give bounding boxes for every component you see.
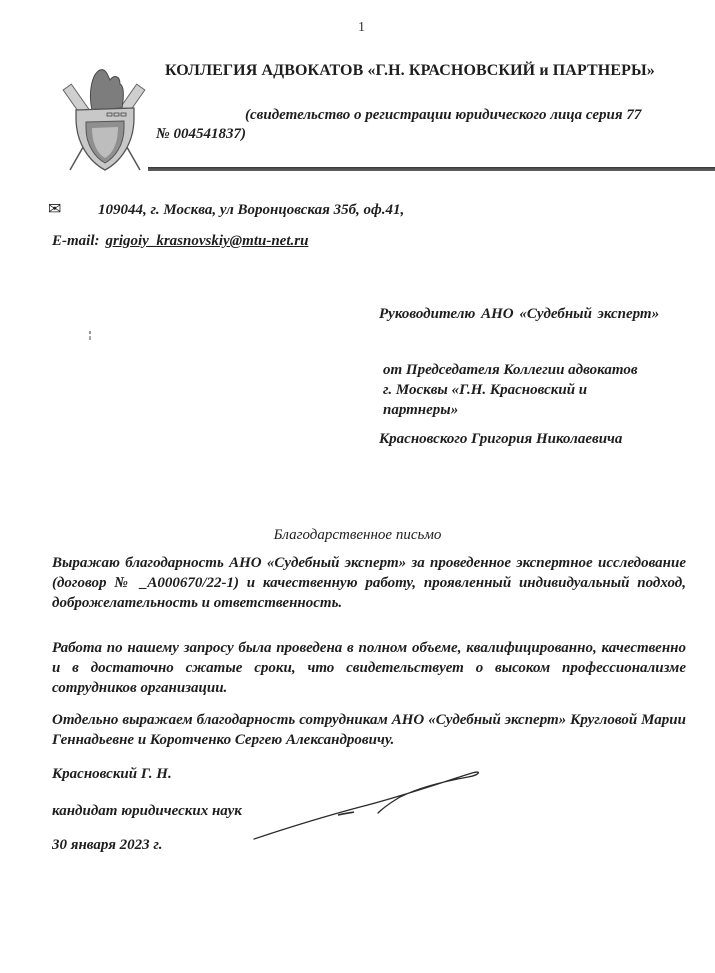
recipient: Руководителю АНО «Судебный эксперт» (379, 306, 659, 323)
letterhead-divider (148, 167, 715, 171)
email-link[interactable]: grigoiy_krasnovskiy@mtu-net.ru (106, 233, 309, 249)
page-number: 1 (358, 20, 365, 36)
registration-certificate-line-1: (свидетельство о регистрации юридическог… (245, 107, 641, 124)
sender-block: от Председателя Коллегии адвокатов г. Мо… (383, 360, 638, 420)
scan-margin-mark (89, 331, 91, 340)
postal-address: ✉109044, г. Москва, ул Воронцовская 35б,… (48, 199, 404, 219)
email-row: E-mail:grigoiy_krasnovskiy@mtu-net.ru (52, 233, 308, 250)
email-label: E-mail: (52, 233, 100, 249)
registration-certificate-line-2: № 004541837) (156, 126, 246, 143)
body-paragraph: Выражаю благодарность АНО «Судебный эксп… (52, 553, 686, 613)
sender-line: г. Москвы «Г.Н. Красновский и (383, 380, 638, 400)
handwritten-signature-icon (250, 765, 490, 845)
organization-title: КОЛЛЕГИЯ АДВОКАТОВ «Г.Н. КРАСНОВСКИЙ и П… (165, 62, 655, 80)
letter-date: 30 января 2023 г. (52, 837, 163, 854)
envelope-icon: ✉ (48, 199, 66, 219)
body-paragraph: Отдельно выражаем благодарность сотрудни… (52, 710, 686, 750)
signatory-degree: кандидат юридических наук (52, 803, 242, 820)
letter-title: Благодарственное письмо (0, 527, 715, 544)
sender-name: Красновского Григория Николаевича (379, 431, 622, 448)
sender-line: партнеры» (383, 400, 638, 420)
sender-line: от Председателя Коллегии адвокатов (383, 360, 638, 380)
shield-emblem-icon (62, 62, 148, 174)
signatory-name: Красновский Г. Н. (52, 766, 172, 783)
address-text: 109044, г. Москва, ул Воронцовская 35б, … (98, 202, 404, 218)
body-paragraph: Работа по нашему запросу была проведена … (52, 638, 686, 698)
